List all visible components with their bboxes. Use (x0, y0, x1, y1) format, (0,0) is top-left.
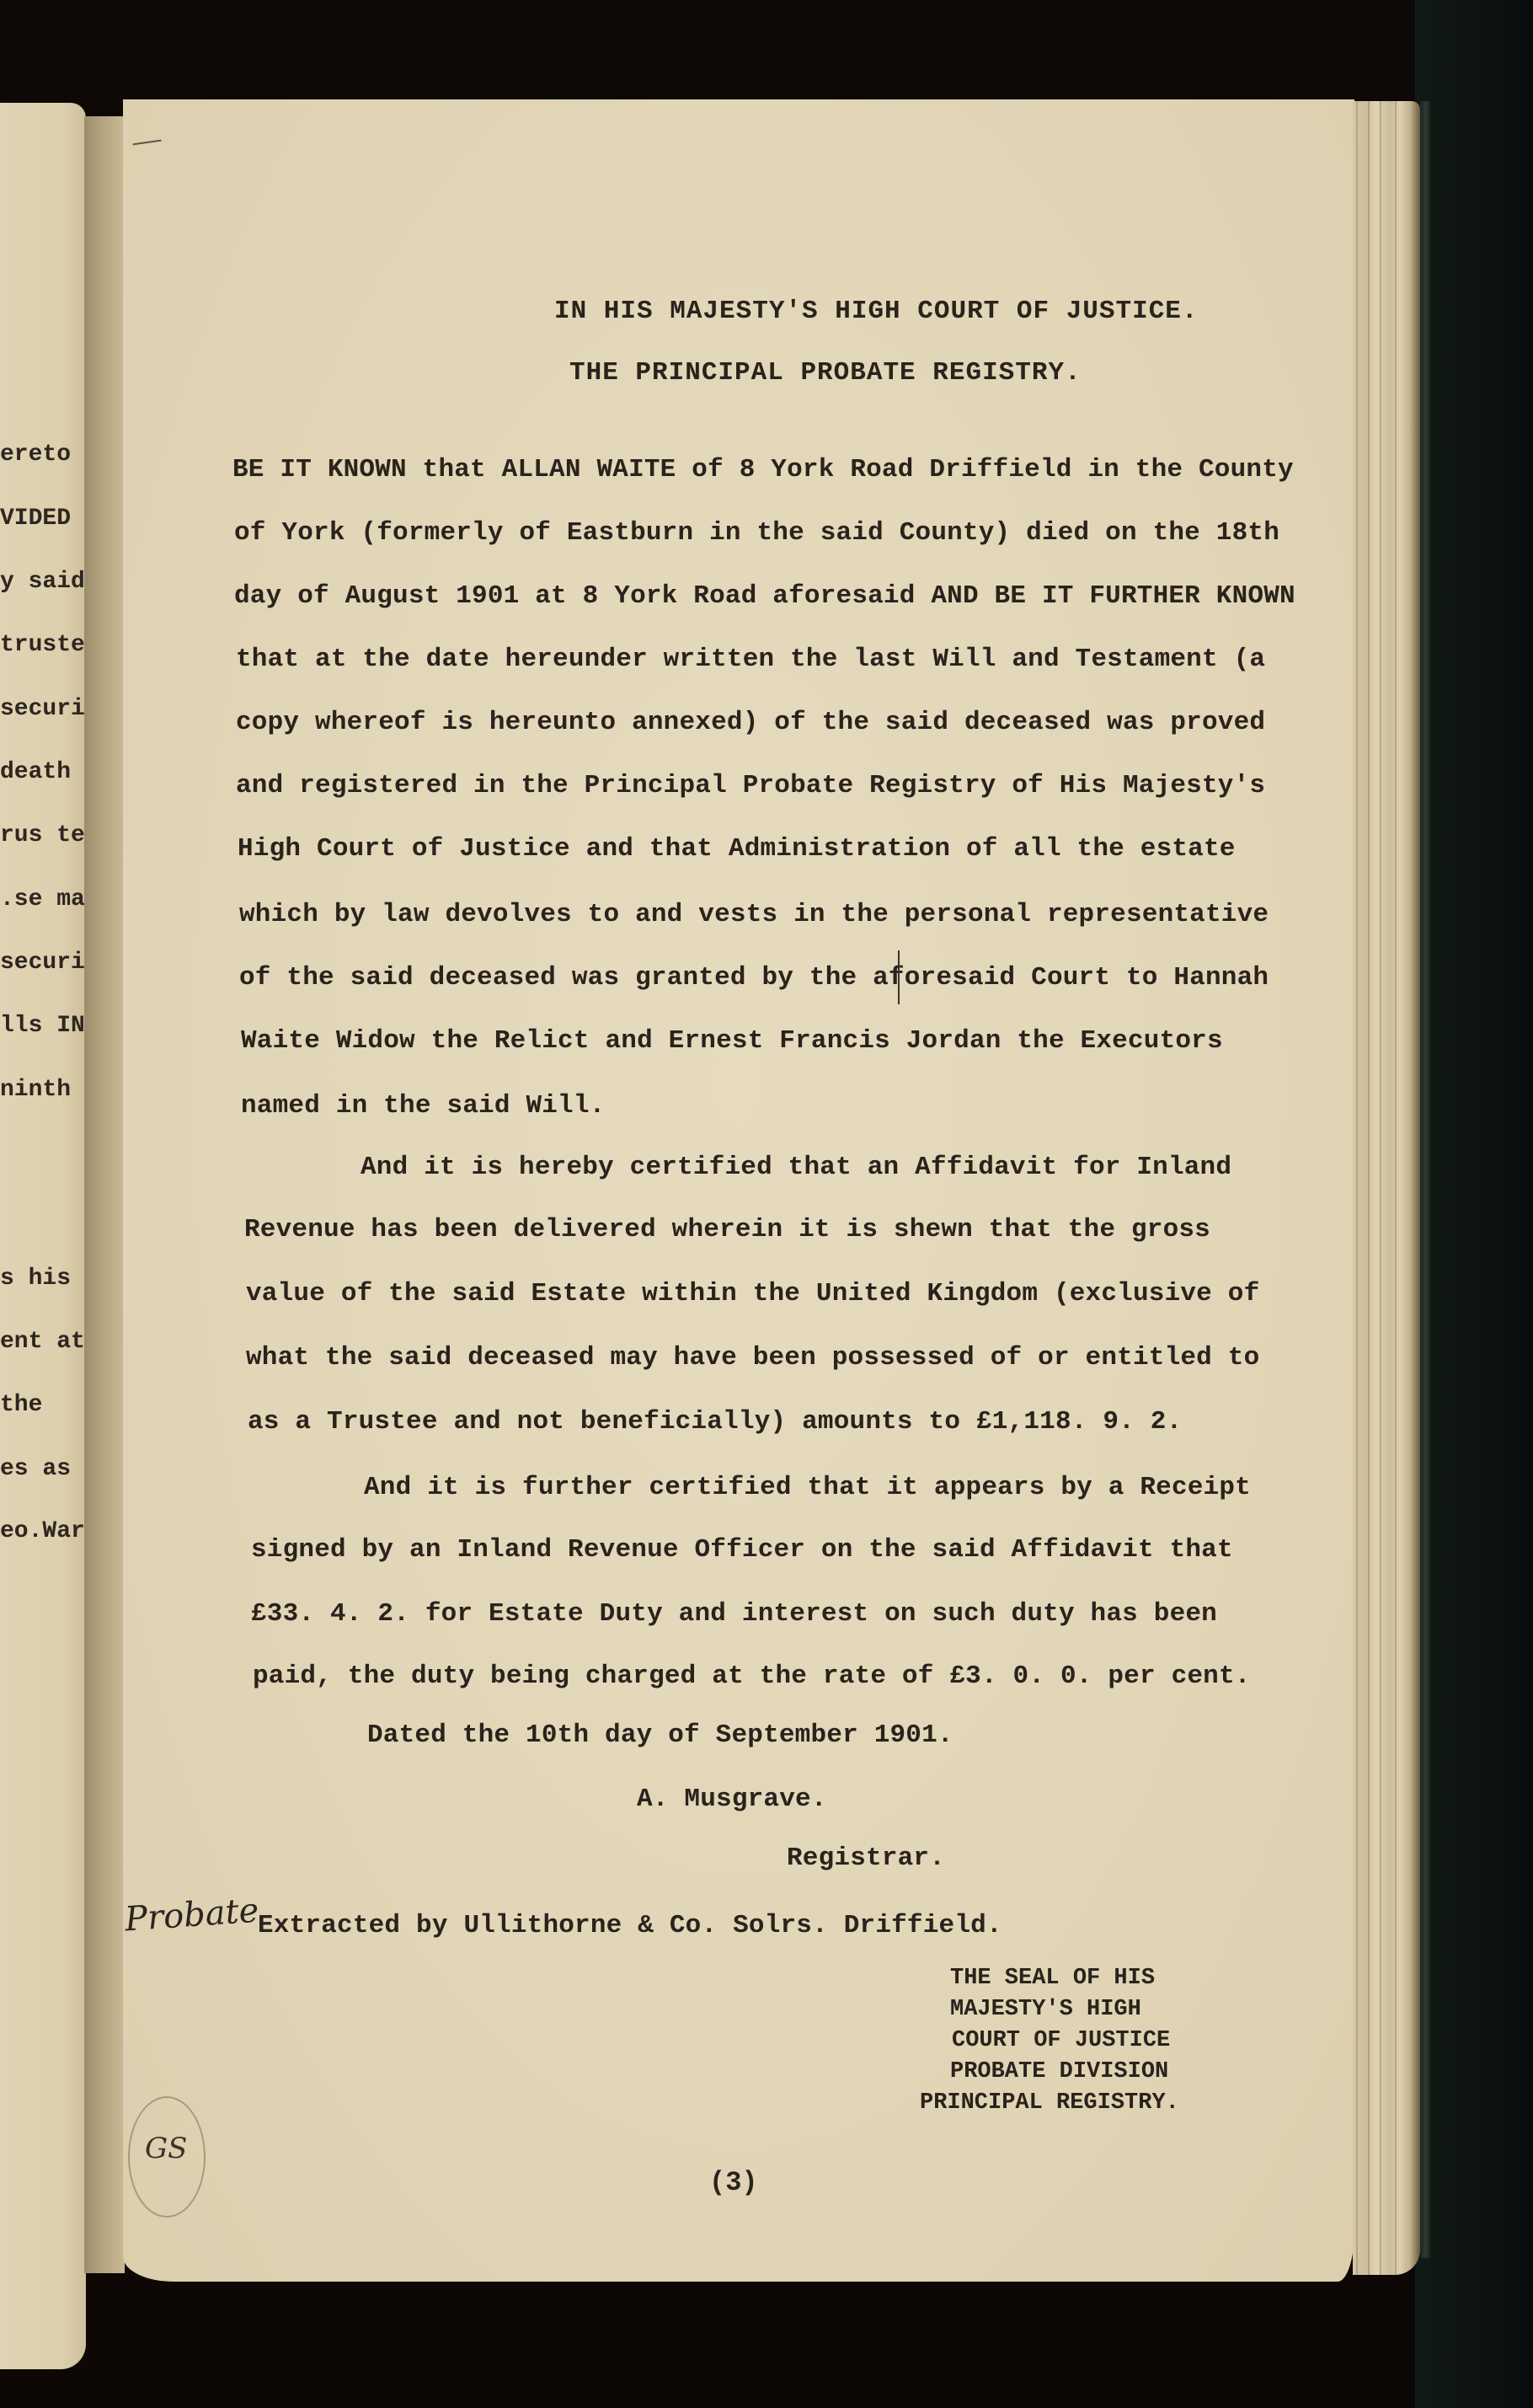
body-line: signed by an Inland Revenue Officer on t… (251, 1535, 1233, 1565)
seal-line: PROBATE DIVISION (950, 2057, 1168, 2088)
left-line: securit (0, 696, 86, 722)
body-line: paid, the duty being charged at the rate… (253, 1662, 1251, 1691)
page-edge-line (1368, 101, 1370, 2275)
body-line: day of August 1901 at 8 York Road afores… (234, 581, 1295, 611)
date-line: Dated the 10th day of September 1901. (367, 1720, 953, 1750)
left-line: the (0, 1392, 42, 1418)
book-cover-top (0, 0, 1533, 105)
pencil-stroke-mark (898, 950, 900, 1004)
page-number: (3) (709, 2167, 758, 2198)
seal-line: PRINCIPAL REGISTRY. (920, 2088, 1179, 2119)
page-edge-line (1380, 101, 1381, 2275)
left-line: s his las (0, 1266, 86, 1292)
left-page-text: ereto VIDED y said trustee securit death… (0, 103, 86, 2369)
body-line: BE IT KNOWN that ALLAN WAITE of 8 York R… (232, 455, 1294, 484)
left-line: y said (0, 569, 85, 595)
body-line: what the said deceased may have been pos… (246, 1343, 1259, 1373)
page-stack-edge (1353, 101, 1420, 2275)
body-line: of the said deceased was granted by the … (239, 963, 1269, 993)
body-line: that at the date hereunder written the l… (236, 645, 1265, 674)
seal-line: MAJESTY'S HIGH (950, 1994, 1141, 2025)
seal-line: THE SEAL OF HIS (950, 1963, 1155, 1994)
body-line: And it is further certified that it appe… (364, 1473, 1251, 1502)
left-line: lls IN (0, 1013, 85, 1039)
court-heading: IN HIS MAJESTY'S HIGH COURT OF JUSTICE. (554, 297, 1199, 326)
left-line: ninth da (0, 1077, 86, 1103)
left-line: trustee (0, 632, 86, 658)
registry-heading: THE PRINCIPAL PROBATE REGISTRY. (569, 358, 1082, 388)
body-line: of York (formerly of Eastburn in the sai… (234, 518, 1279, 548)
body-line: High Court of Justice and that Administr… (238, 834, 1236, 864)
left-line: rus tees (0, 822, 86, 848)
left-line: eo.Ward (0, 1518, 86, 1544)
body-line: copy whereof is hereunto annexed) of the… (236, 708, 1265, 737)
body-line: value of the said Estate within the Unit… (246, 1279, 1259, 1308)
signatory-name: A. Musgrave. (637, 1785, 827, 1814)
body-line: Revenue has been delivered wherein it is… (244, 1215, 1210, 1244)
seal-line: COURT OF JUSTICE (952, 2025, 1170, 2057)
body-line: And it is hereby certified that an Affid… (361, 1153, 1231, 1182)
body-line: and registered in the Principal Probate … (236, 771, 1265, 800)
extracted-by-line: Extracted by Ullithorne & Co. Solrs. Dri… (258, 1911, 1002, 1940)
body-line: Waite Widow the Relict and Ernest Franci… (241, 1026, 1223, 1056)
left-page-fragment: ereto VIDED y said trustee securit death… (0, 103, 86, 2369)
body-line: named in the said Will. (241, 1091, 605, 1121)
left-line: .se may (0, 886, 86, 912)
archive-stamp-icon: GS (128, 2096, 206, 2218)
stamp-initials: GS (145, 2132, 187, 2165)
signatory-title: Registrar. (787, 1843, 945, 1873)
book-gutter-shadow (84, 116, 125, 2273)
left-line: es as (0, 1456, 71, 1482)
left-line: ereto (0, 441, 71, 468)
left-line: death (0, 759, 71, 785)
main-page (123, 99, 1354, 2282)
page-edge-line (1356, 101, 1358, 2275)
body-line: £33. 4. 2. for Estate Duty and interest … (251, 1599, 1217, 1629)
book-cover-edge (1420, 101, 1432, 2258)
body-line: which by law devolves to and vests in th… (239, 900, 1269, 929)
left-line: ent at (0, 1329, 85, 1355)
page-edge-line (1395, 101, 1397, 2275)
body-line: as a Trustee and not beneficially) amoun… (248, 1407, 1182, 1437)
left-line: VIDED (0, 506, 71, 532)
left-line: securitie (0, 950, 86, 976)
book-cover-right (1415, 0, 1533, 2408)
